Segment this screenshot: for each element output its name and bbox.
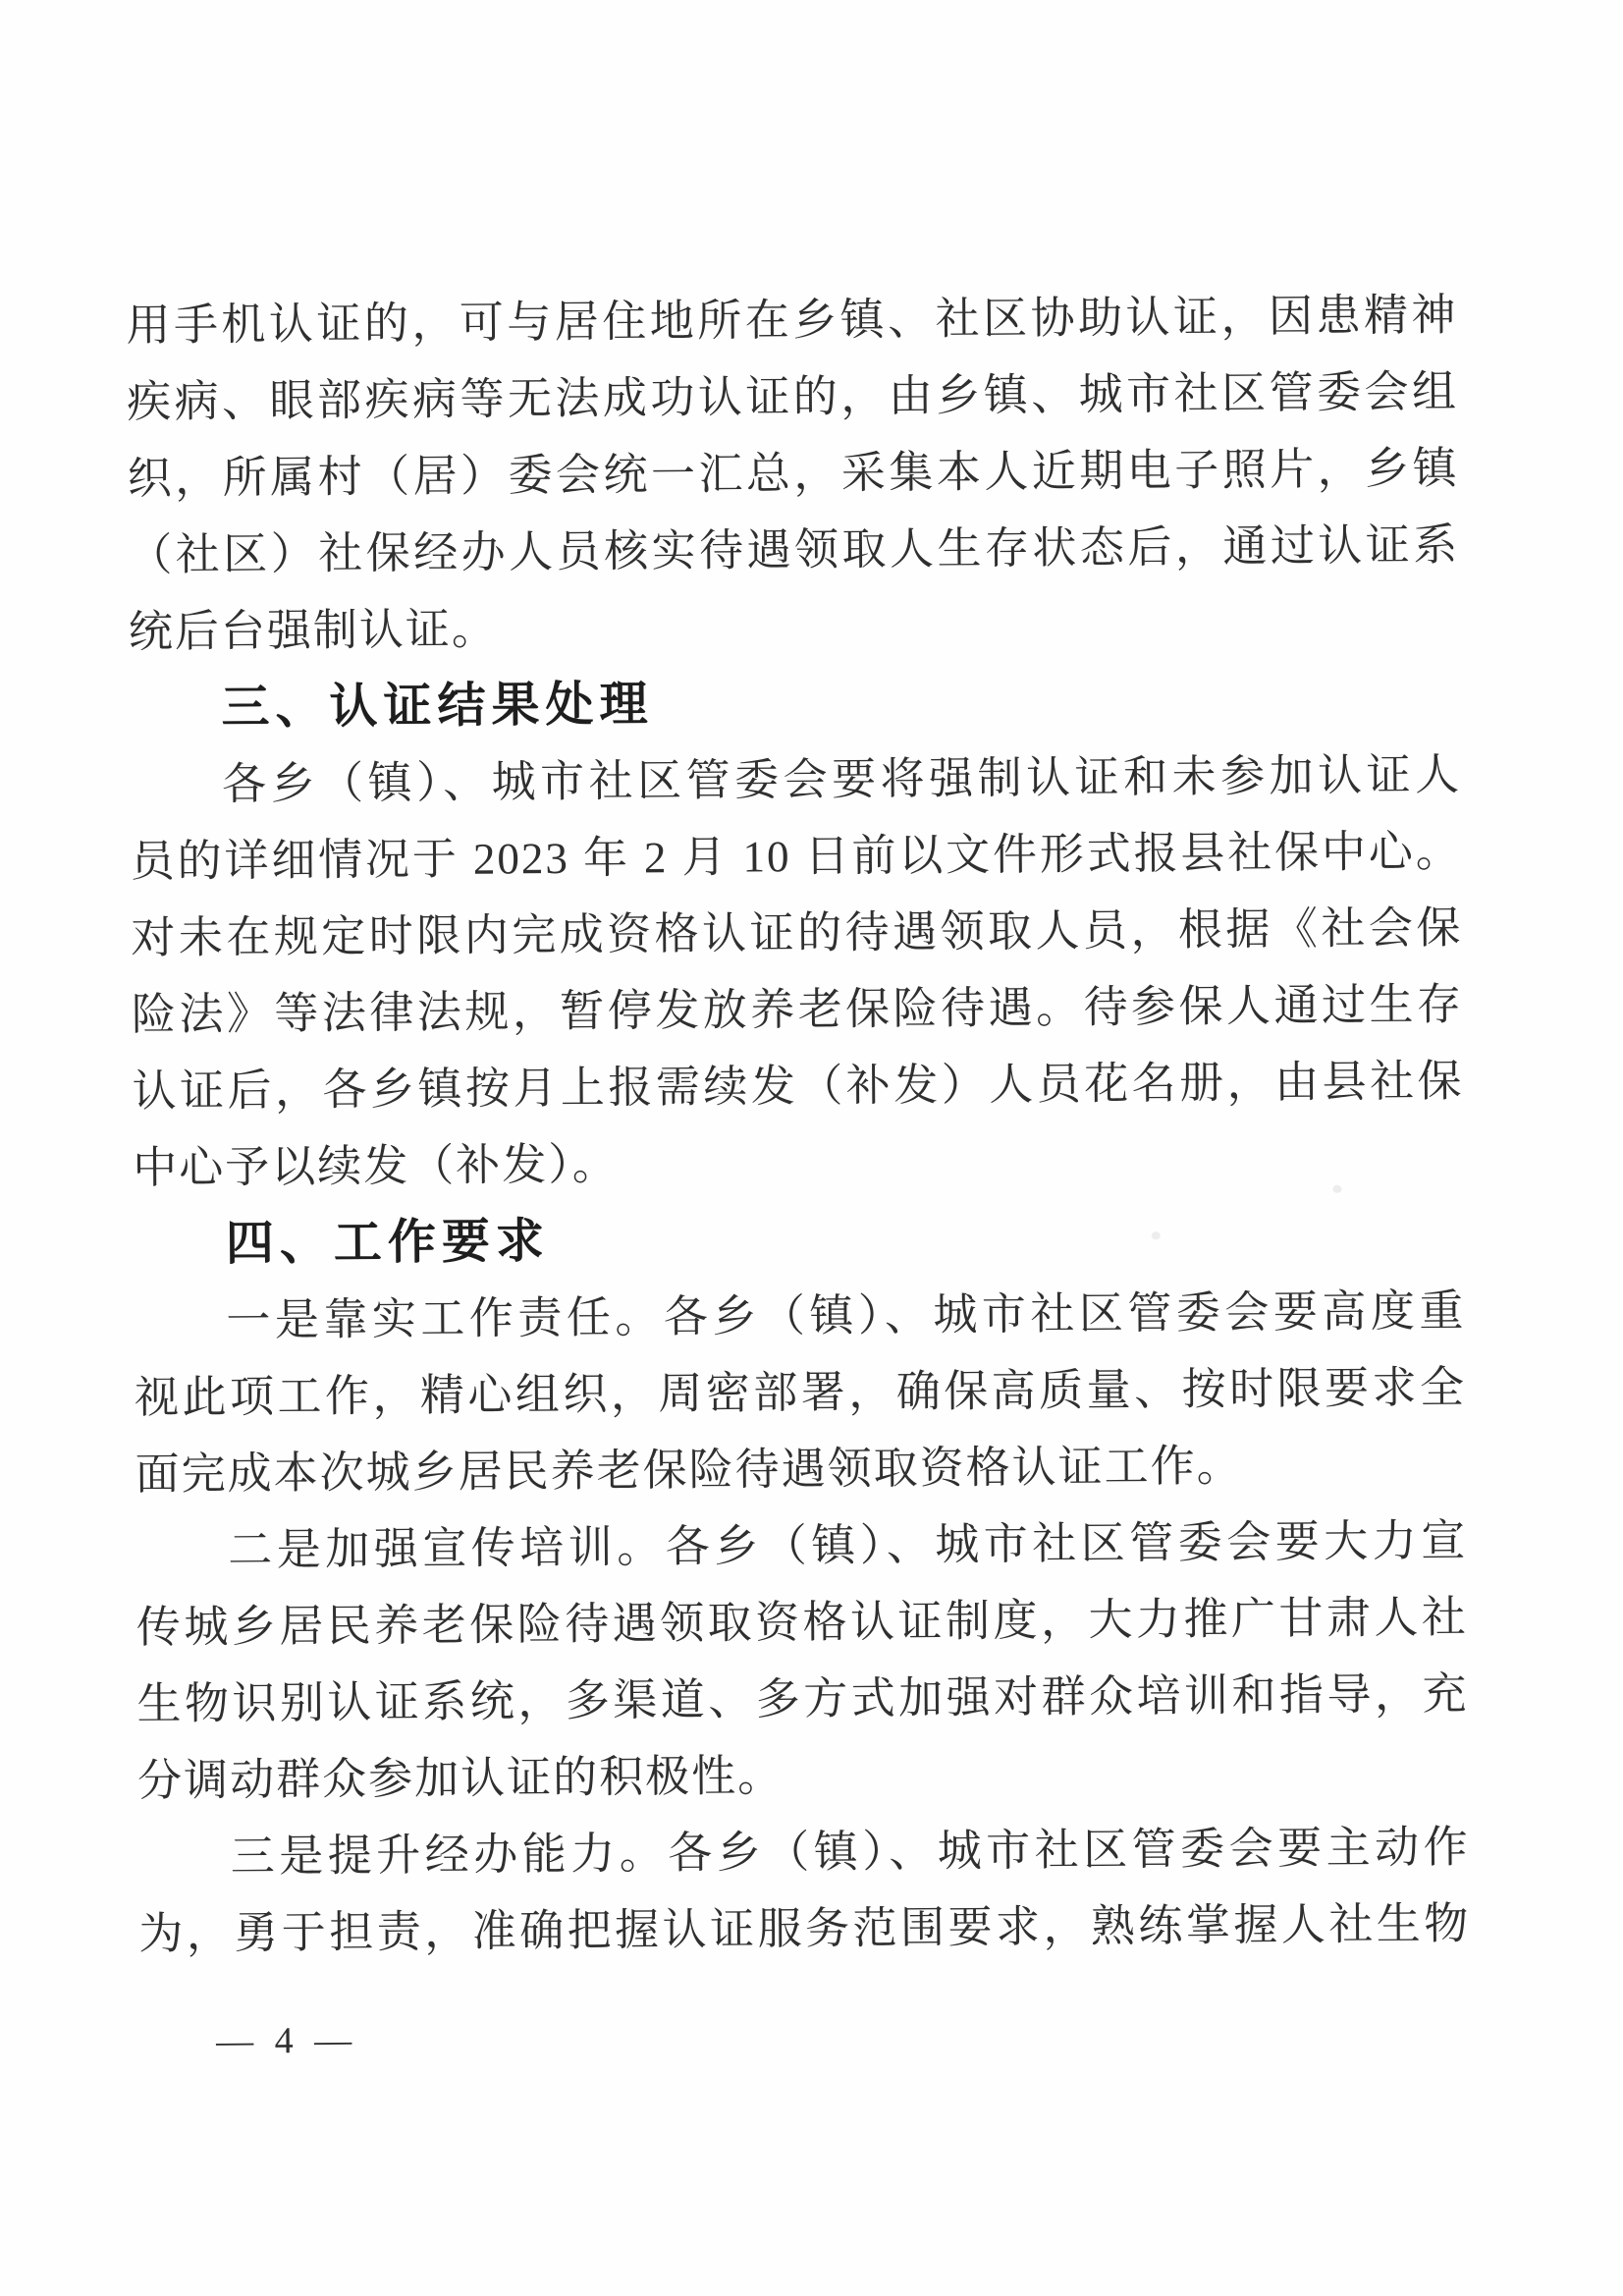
text-line: 险法》等法律法规，暂停发放养老保险待遇。待参保人通过生存 — [132, 966, 1464, 1054]
text-line: 统后台强制认证。 — [129, 583, 1461, 671]
section-heading: 三、认证结果处理 — [129, 660, 1461, 747]
scan-speck-icon — [1152, 1231, 1161, 1239]
text-line: 分调动群众参加认证的积极性。 — [137, 1732, 1470, 1820]
text-line: 传城乡居民养老保险待遇领取资格认证制度，大力推广甘肃人社 — [136, 1579, 1469, 1667]
text-line: 对未在规定时限内完成资格认证的待遇领取人员，根据《社会保 — [131, 890, 1463, 977]
text-line: 生物识别认证系统，多渠道、多方式加强对群众培训和指导，充 — [136, 1656, 1469, 1743]
text-line: 疾病、眼部疾病等无法成功认证的，由乡镇、城市社区管委会组 — [127, 354, 1459, 441]
text-line: （社区）社保经办人员核实待遇领取人生存状态后，通过认证系 — [128, 507, 1460, 594]
document-page: 用手机认证的，可与居住地所在乡镇、社区协助认证，因患精神疾病、眼部疾病等无法成功… — [0, 0, 1623, 2296]
text-line: 织，所属村（居）委会统一汇总，采集本人近期电子照片，乡镇 — [127, 430, 1459, 518]
text-line: 一是靠实工作责任。各乡（镇）、城市社区管委会要高度重 — [134, 1273, 1466, 1360]
scan-speck-icon — [1332, 1185, 1341, 1193]
text-line: 用手机认证的，可与居住地所在乡镇、社区协助认证，因患精神 — [126, 277, 1458, 364]
text-line: 视此项工作，精心组织，周密部署，确保高质量、按时限要求全 — [135, 1349, 1467, 1437]
text-line: 中心予以续发（补发）。 — [133, 1120, 1465, 1207]
scanned-sheet: 用手机认证的，可与居住地所在乡镇、社区协助认证，因患精神疾病、眼部疾病等无法成功… — [0, 0, 1623, 2296]
text-line: 员的详细情况于 2023 年 2 月 10 日前以文件形式报县社保中心。 — [130, 813, 1462, 901]
text-line: 面完成本次城乡居民养老保险待遇领取资格认证工作。 — [135, 1426, 1467, 1513]
text-line: 认证后，各乡镇按月上报需续发（补发）人员花名册，由县社保 — [132, 1043, 1464, 1130]
text-line: 二是加强宣传培训。各乡（镇）、城市社区管委会要大力宣 — [135, 1503, 1468, 1590]
page-number: — 4 — — [216, 2019, 357, 2063]
text-line: 三是提升经办能力。各乡（镇）、城市社区管委会要主动作 — [137, 1809, 1470, 1896]
text-line: 为，勇于担责，准确把握认证服务范围要求，熟练掌握人社生物 — [138, 1886, 1471, 1973]
document-content: 用手机认证的，可与居住地所在乡镇、社区协助认证，因患精神疾病、眼部疾病等无法成功… — [126, 277, 1470, 1973]
text-line: 各乡（镇）、城市社区管委会要将强制认证和未参加认证人 — [130, 737, 1462, 824]
section-heading: 四、工作要求 — [134, 1196, 1466, 1284]
